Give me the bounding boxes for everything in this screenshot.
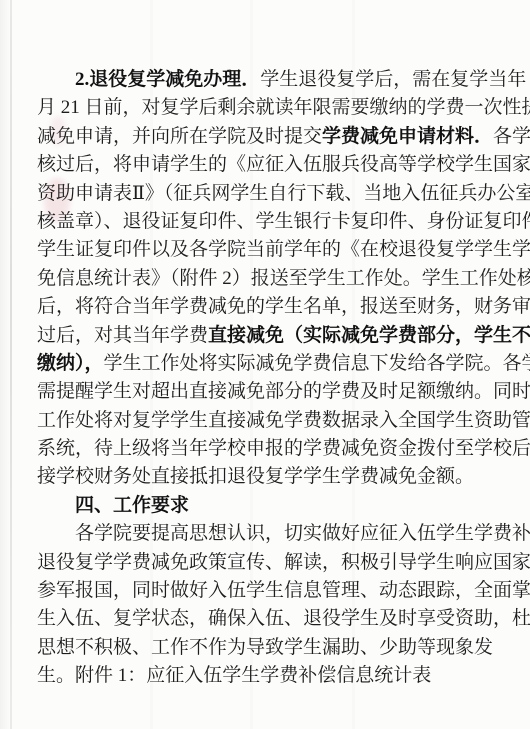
document-text: 2.退役复学减免办理．学生退役复学后，需在复学当年 10月 21 日前，对复学后… — [37, 66, 493, 691]
page-left-shade — [0, 0, 10, 729]
text-segment: 参军报国，同时做好入伍学生信息管理、动态跟踪，全面掌握学 — [37, 580, 530, 601]
text-line: 需提醒学生对超出直接减免部分的学费及时足额缴纳。同时学生 — [37, 378, 493, 406]
text-segment: 生入伍、复学状态，确保入伍、退役学生及时享受资助，杜绝因 — [37, 608, 530, 629]
text-line: 退役复学学费减免政策宣传、解读，积极引导学生响应国家号召、 — [37, 549, 493, 577]
text-segment: 学生退役复学后，需在复学当年 10 — [260, 69, 530, 90]
text-segment: 过后，对其当年学费 — [37, 325, 208, 346]
text-line: 减免申请，并向所在学院及时提交学费减免申请材料．各学院审 — [37, 123, 493, 151]
text-segment: 月 21 日前，对复学后剩余就读年限需要缴纳的学费一次性提出 — [37, 97, 530, 118]
text-segment: 需提醒学生对超出直接减免部分的学费及时足额缴纳。同时学生 — [37, 381, 530, 402]
text-segment: 附件 1：应征入伍学生学费补偿信息统计表 — [37, 665, 431, 686]
text-line: 核过后，将申请学生的《应征入伍服兵役高等学校学生国家教育 — [37, 151, 493, 179]
text-segment: 资助申请表Ⅱ》（征兵网学生自行下载、当地入伍征兵办公室审 — [37, 183, 530, 204]
text-line: 工作处将对复学学生直接减免学费数据录入全国学生资助管理 — [37, 407, 493, 435]
text-segment — [37, 69, 75, 90]
text-segment — [37, 495, 75, 516]
text-segment: 学生证复印件以及各学院当前学年的《在校退役复学学生学费减 — [37, 239, 530, 260]
bold-text-segment: 直接减免（实际减免学费部分，学生不需再 — [208, 325, 530, 346]
text-line: 后，将符合当年学费减免的学生名单，报送至财务，财务审核通 — [37, 293, 493, 321]
text-segment: 核盖章）、退役证复印件、学生银行卡复印件、身份证复印件、 — [37, 211, 530, 232]
text-segment: 后，将符合当年学费减免的学生名单，报送至财务，财务审核通 — [37, 296, 530, 317]
text-line: 思想不积极、工作不作为导致学生漏助、少助等现象发生。 — [37, 634, 493, 662]
bold-text-segment: 2.退役复学减免办理． — [75, 69, 260, 90]
text-line: 核盖章）、退役证复印件、学生银行卡复印件、身份证复印件、 — [37, 208, 493, 236]
text-line: 免信息统计表》（附件 2）报送至学生工作处。学生工作处核实 — [37, 265, 493, 293]
bold-text-segment: 学费减免申请材料． — [322, 126, 493, 147]
text-line: 各学院要提高思想认识，切实做好应征入伍学生学费补偿、 — [37, 520, 493, 548]
text-segment: 核过后，将申请学生的《应征入伍服兵役高等学校学生国家教育 — [37, 154, 530, 175]
text-line: 生入伍、复学状态，确保入伍、退役学生及时享受资助，杜绝因 — [37, 605, 493, 633]
scanned-document-page: 2.退役复学减免办理．学生退役复学后，需在复学当年 10月 21 日前，对复学后… — [0, 0, 530, 729]
text-segment: 减免申请，并向所在学院及时提交 — [37, 126, 322, 147]
text-segment: 学生工作处将实际减免学费信息下发给各学院。各学院 — [104, 353, 530, 374]
text-segment: 系统，待上级将当年学校申报的学费减免资金拨付至学校后，对 — [37, 438, 530, 459]
bold-text-segment: 四、工作要求 — [75, 495, 189, 516]
text-segment: 退役复学学费减免政策宣传、解读，积极引导学生响应国家号召、 — [37, 552, 530, 573]
text-line: 四、工作要求 — [37, 492, 493, 520]
text-line: 学生证复印件以及各学院当前学年的《在校退役复学学生学费减 — [37, 236, 493, 264]
scan-edge-line — [10, 0, 12, 729]
text-line: 过后，对其当年学费直接减免（实际减免学费部分，学生不需再 — [37, 322, 493, 350]
text-line: 附件 1：应征入伍学生学费补偿信息统计表 — [37, 662, 493, 690]
text-segment: 工作处将对复学学生直接减免学费数据录入全国学生资助管理 — [37, 410, 530, 431]
bold-text-segment: 缴纳）， — [37, 353, 104, 374]
text-line: 资助申请表Ⅱ》（征兵网学生自行下载、当地入伍征兵办公室审 — [37, 180, 493, 208]
text-line: 参军报国，同时做好入伍学生信息管理、动态跟踪，全面掌握学 — [37, 577, 493, 605]
text-line: 系统，待上级将当年学校申报的学费减免资金拨付至学校后，对 — [37, 435, 493, 463]
text-segment: 各学院审 — [493, 126, 530, 147]
text-segment: 各学院要提高思想认识，切实做好应征入伍学生学费补偿、 — [37, 523, 530, 544]
text-line: 2.退役复学减免办理．学生退役复学后，需在复学当年 10 — [37, 66, 493, 94]
text-line: 接学校财务处直接抵扣退役复学学生学费减免金额。 — [37, 463, 493, 491]
text-line: 月 21 日前，对复学后剩余就读年限需要缴纳的学费一次性提出 — [37, 94, 493, 122]
text-line: 缴纳），学生工作处将实际减免学费信息下发给各学院。各学院 — [37, 350, 493, 378]
text-segment: 接学校财务处直接抵扣退役复学学生学费减免金额。 — [37, 466, 474, 487]
text-segment: 免信息统计表》（附件 2）报送至学生工作处。学生工作处核实 — [37, 268, 530, 289]
